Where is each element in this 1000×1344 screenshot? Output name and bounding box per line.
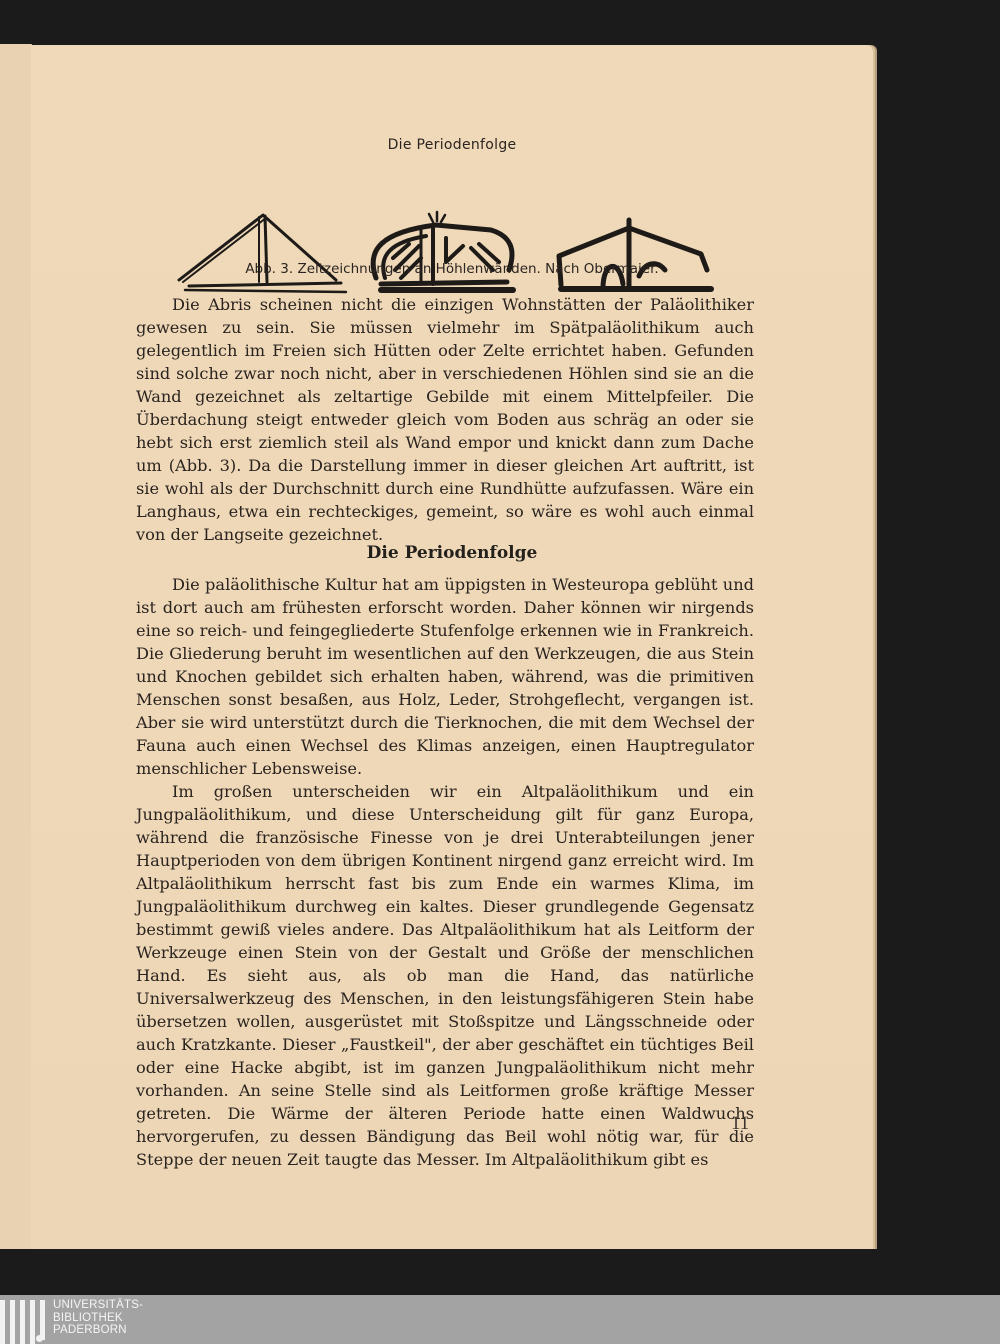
body-text-section: Die paläolithische Kultur hat am üppigst… — [136, 573, 754, 1171]
library-logo-text: UNIVERSITÄTS- BIBLIOTHEK PADERBORN — [53, 1299, 143, 1337]
tent-drawing-hut-icon — [559, 220, 711, 289]
library-footer: UNIVERSITÄTS- BIBLIOTHEK PADERBORN — [0, 1295, 1000, 1344]
section-heading: Die Periodenfolge — [31, 543, 873, 563]
running-head: Die Periodenfolge — [31, 137, 873, 153]
page-number: 11 — [731, 1113, 749, 1135]
logo-line: BIBLIOTHEK — [53, 1312, 143, 1325]
tent-drawing-triangle-icon — [179, 215, 346, 292]
logo-dot-icon — [36, 1335, 43, 1342]
logo-line: UNIVERSITÄTS- — [53, 1299, 143, 1312]
paragraph: Die paläolithische Kultur hat am üppigst… — [136, 573, 754, 780]
figure-caption: Abb. 3. Zeltzeichnungen an Höhlenwänden.… — [31, 261, 873, 277]
logo-line: PADERBORN — [53, 1324, 143, 1337]
tent-drawing-rounded-icon — [373, 212, 513, 290]
paragraph: Die Abris scheinen nicht die einzigen Wo… — [136, 293, 754, 546]
book-page: Die Periodenfolge — [31, 45, 873, 1249]
paragraph: Im großen unterscheiden wir ein Altpaläo… — [136, 780, 754, 1171]
left-page-edge — [0, 44, 32, 1249]
body-text-intro: Die Abris scheinen nicht die einzigen Wo… — [136, 293, 754, 546]
